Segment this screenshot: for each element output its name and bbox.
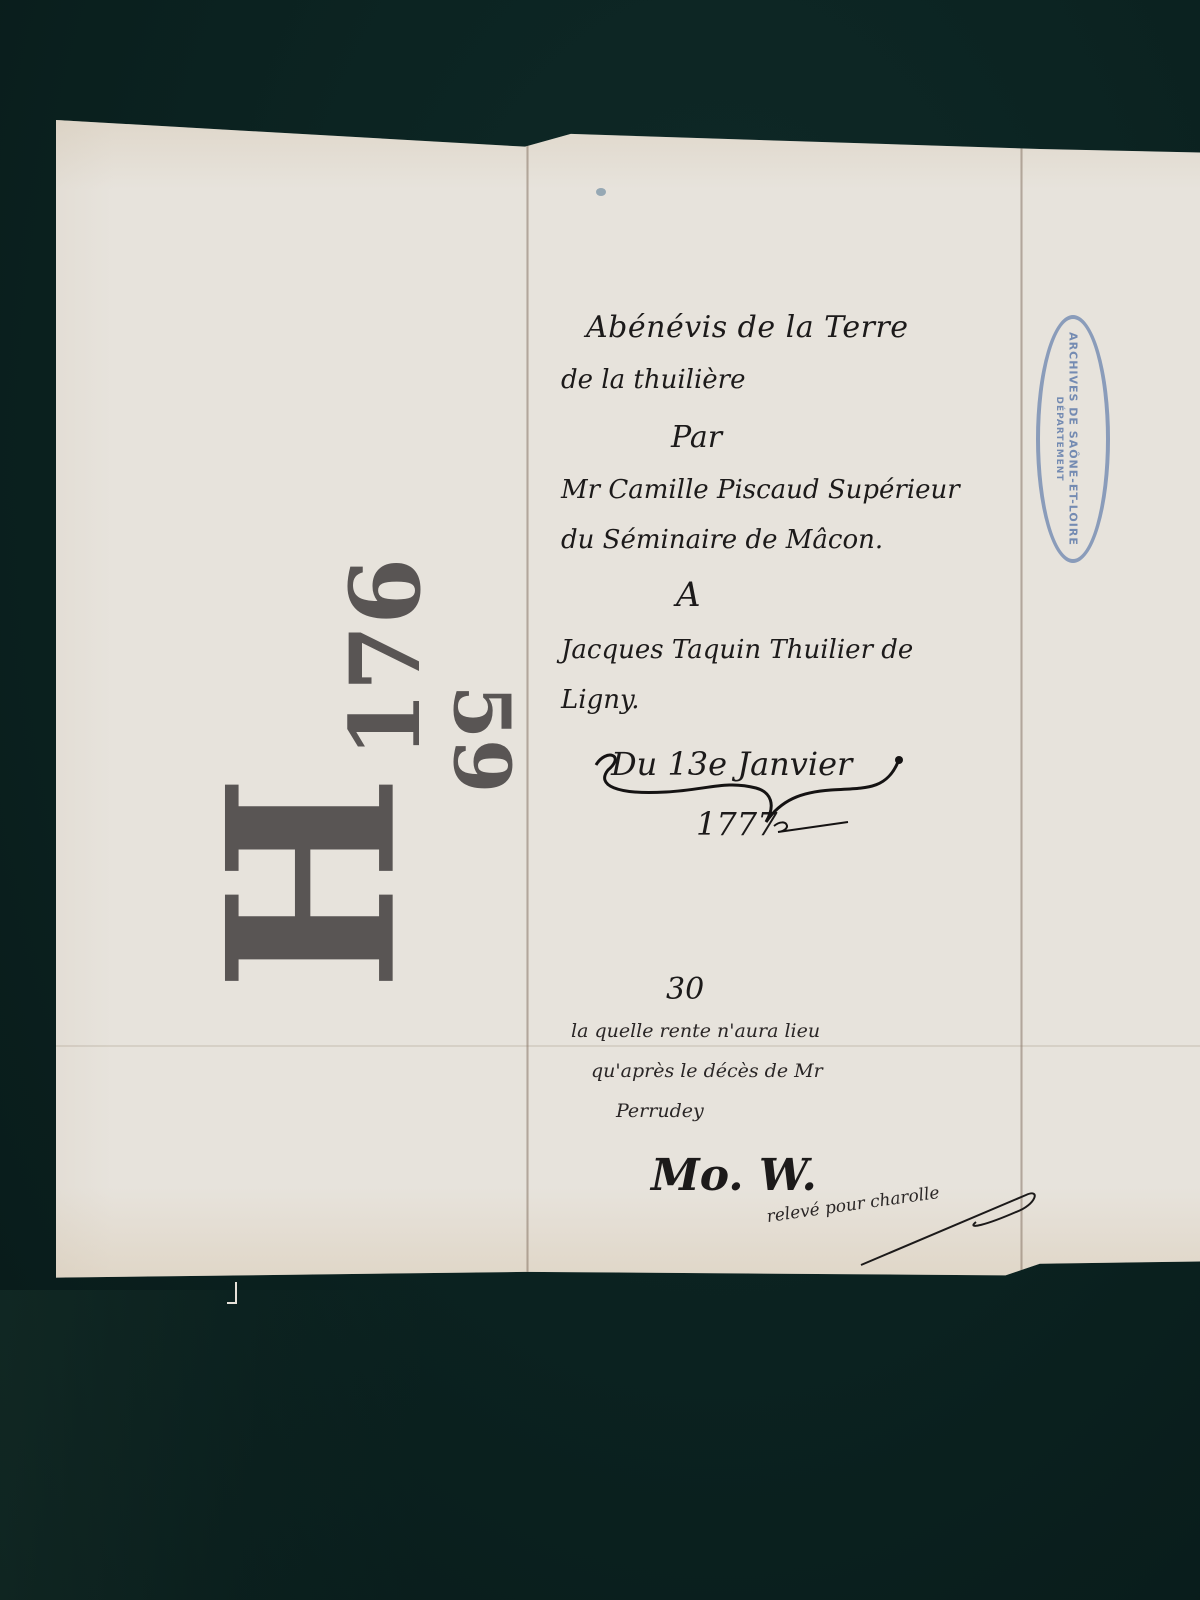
grantor-line-2: du Séminaire de Mâcon. [561, 525, 883, 555]
stencil-number-secondary: 59 [441, 685, 519, 794]
fold-crease-horizontal [56, 1045, 1200, 1047]
note-line-2: qu'après le décès de Mr [591, 1060, 823, 1082]
grantee-line-1: Jacques Taquin Thuilier de [561, 635, 913, 665]
title-line-1: Abénévis de la Terre [586, 310, 909, 345]
manuscript-page: H 176 59 Abénévis de la Terre de la thui… [56, 120, 1200, 1280]
to-label: A [676, 575, 701, 615]
flourish-ornament [586, 750, 916, 860]
grantor-line-1: Mr Camille Piscaud Supérieur [561, 475, 960, 505]
stencil-series-letter: H [198, 778, 428, 991]
fold-crease-right [1020, 120, 1023, 1280]
ink-spot [596, 188, 606, 196]
note-line-1: la quelle rente n'aura lieu [571, 1020, 820, 1042]
paper-tab [227, 1282, 237, 1304]
stamp-inner-text: DÉPARTEMENT [1054, 397, 1064, 482]
signature-paraph [856, 1180, 1056, 1270]
fold-crease-left [526, 120, 529, 1280]
reference-code: R. Rt. J. L. R. [571, 1325, 740, 1355]
backing-board-texture [0, 1290, 420, 1600]
stamp-outer-text: ARCHIVES DE SAÔNE-ET-LOIRE [1067, 332, 1080, 546]
title-line-2: de la thuilière [561, 365, 745, 395]
note-line-3: Perrudey [616, 1100, 704, 1122]
amount: 30 [666, 972, 704, 1007]
stencil-number-primary: 176 [338, 558, 434, 758]
grantee-line-2: Ligny. [561, 685, 639, 715]
by-label: Par [671, 420, 722, 455]
archive-stamp: ARCHIVES DE SAÔNE-ET-LOIRE DÉPARTEMENT [1036, 315, 1110, 563]
signature-initials: Mo. W. [651, 1150, 817, 1201]
